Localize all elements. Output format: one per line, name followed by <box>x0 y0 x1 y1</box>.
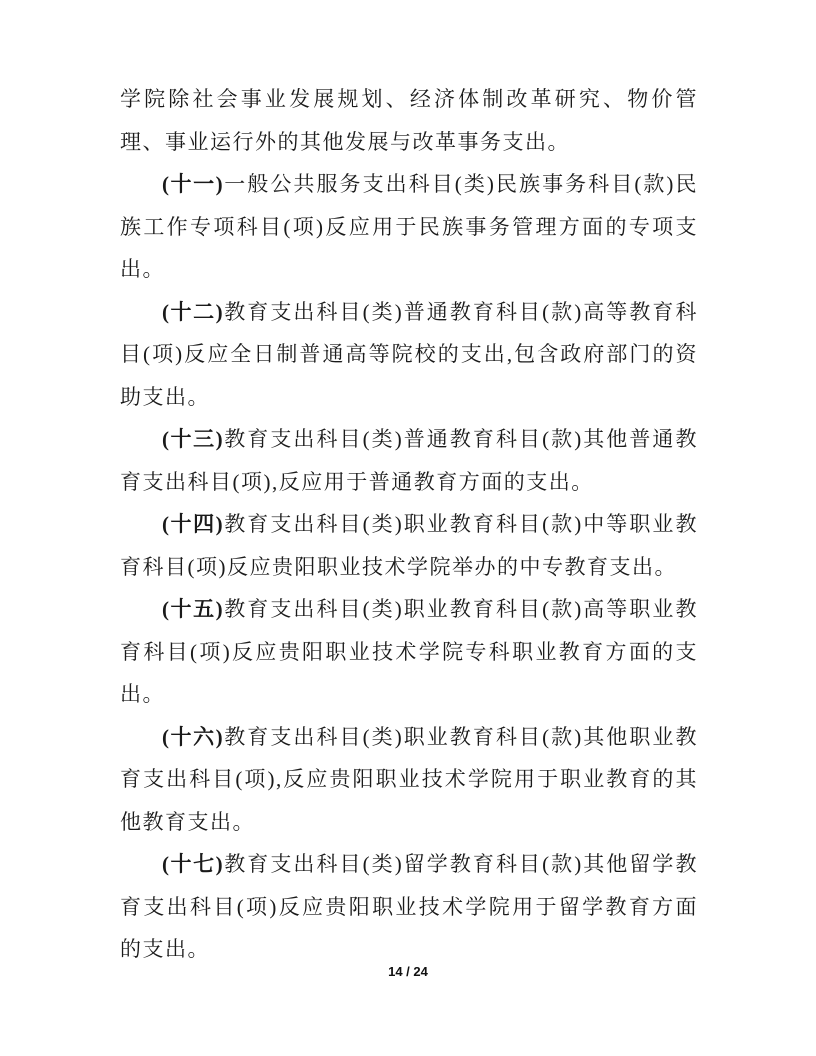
paragraph-clause-16: (十六)教育支出科目(类)职业教育科目(款)其他职业教育支出科目(项),反应贵阳… <box>120 716 698 844</box>
paragraph-continuation: 学院除社会事业发展规划、经济体制改革研究、物价管理、事业运行外的其他发展与改革事… <box>120 78 698 163</box>
document-body: 学院除社会事业发展规划、经济体制改革研究、物价管理、事业运行外的其他发展与改革事… <box>120 78 698 971</box>
paragraph-label: (十三) <box>162 427 224 451</box>
paragraph-label: (十六) <box>162 725 224 749</box>
page-number: 14 / 24 <box>0 964 816 979</box>
paragraph-clause-14: (十四)教育支出科目(类)职业教育科目(款)中等职业教育科目(项)反应贵阳职业技… <box>120 503 698 588</box>
paragraph-label: (十七) <box>162 852 224 876</box>
paragraph-clause-17: (十七)教育支出科目(类)留学教育科目(款)其他留学教育支出科目(项)反应贵阳职… <box>120 843 698 971</box>
paragraph-label: (十一) <box>162 172 224 196</box>
paragraph-label: (十二) <box>162 300 224 324</box>
paragraph-label: (十四) <box>162 512 224 536</box>
paragraph-label: (十五) <box>162 597 224 621</box>
paragraph-clause-13: (十三)教育支出科目(类)普通教育科目(款)其他普通教育支出科目(项),反应用于… <box>120 418 698 503</box>
paragraph-text: 学院除社会事业发展规划、经济体制改革研究、物价管理、事业运行外的其他发展与改革事… <box>120 87 698 154</box>
paragraph-clause-11: (十一)一般公共服务支出科目(类)民族事务科目(款)民族工作专项科目(项)反应用… <box>120 163 698 291</box>
paragraph-clause-12: (十二)教育支出科目(类)普通教育科目(款)高等教育科目(项)反应全日制普通高等… <box>120 291 698 419</box>
paragraph-clause-15: (十五)教育支出科目(类)职业教育科目(款)高等职业教育科目(项)反应贵阳职业技… <box>120 588 698 716</box>
document-page: 学院除社会事业发展规划、经济体制改革研究、物价管理、事业运行外的其他发展与改革事… <box>0 0 816 1056</box>
